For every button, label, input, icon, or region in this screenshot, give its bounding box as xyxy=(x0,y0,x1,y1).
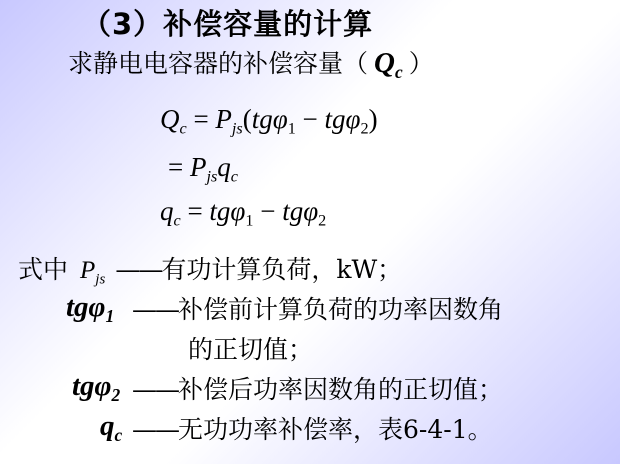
symbol-main: P xyxy=(190,152,207,182)
formula-qc-rate: qc = tgφ1 − tgφ2 xyxy=(160,196,326,227)
symbol-main: Q xyxy=(374,47,395,79)
definition-tg-phi2: ——补偿后功率因数角的正切值； xyxy=(132,370,503,406)
symbol-main: tgφ xyxy=(209,196,245,226)
tg-phi2-symbol: tgφ2 xyxy=(72,370,120,403)
formula-qc: Qc = Pjs(tgφ1 − tgφ2) xyxy=(160,104,378,135)
subtitle-close: ） xyxy=(409,49,434,78)
definition-text: 有功计算负荷，kW； xyxy=(161,255,402,284)
slide-subtitle: 求静电电容器的补偿容量（Qc） xyxy=(68,44,434,80)
symbol-sub: c xyxy=(395,62,403,82)
qc-rate-symbol: qc xyxy=(100,410,122,443)
symbol-main: q xyxy=(100,410,115,442)
symbol-main: tgφ xyxy=(282,196,318,226)
qc-symbol: Qc xyxy=(374,47,403,79)
formula-pjs-qc: = Pjsqc xyxy=(160,152,238,183)
symbol-sub: js xyxy=(95,271,105,287)
equals-sign: = xyxy=(187,104,216,134)
symbol-main: P xyxy=(215,104,232,134)
definition-text: 无功功率补偿率，表6-4-1。 xyxy=(178,415,493,444)
symbol-sub: 2 xyxy=(360,120,368,138)
definition-text: 补偿后功率因数角的正切值； xyxy=(178,375,503,404)
symbol-sub: 2 xyxy=(318,212,326,230)
symbol-sub: c xyxy=(180,120,187,138)
paren-open: ( xyxy=(243,104,252,134)
minus-sign: − xyxy=(296,104,325,134)
symbol-main: q xyxy=(217,152,231,182)
slide-heading: （3）补偿容量的计算 xyxy=(82,2,373,43)
symbol-sub: 2 xyxy=(112,385,121,405)
definition-qc-rate: ——无功功率补偿率，表6-4-1。 xyxy=(132,410,493,446)
symbol-sub: c xyxy=(231,168,238,186)
symbol-main: tgφ xyxy=(252,104,288,134)
em-dash: —— xyxy=(132,415,178,444)
symbol-main: Q xyxy=(160,104,180,134)
em-dash: —— xyxy=(115,255,161,284)
subtitle-text: 求静电电容器的补偿容量（ xyxy=(68,49,368,78)
equals-sign: = xyxy=(168,152,190,182)
paren-close: ) xyxy=(369,104,378,134)
definition-pjs: 式中Pjs——有功计算负荷，kW； xyxy=(18,250,402,286)
tg-phi1-symbol: tgφ1 xyxy=(66,291,114,324)
symbol-sub: js xyxy=(206,168,217,186)
em-dash: —— xyxy=(132,375,178,404)
symbol-sub: c xyxy=(174,212,181,230)
symbol-sub: 1 xyxy=(106,306,115,326)
equals-sign: = xyxy=(181,196,210,226)
definition-prefix: 式中 xyxy=(18,255,68,284)
symbol-sub: c xyxy=(115,425,123,445)
symbol-main: P xyxy=(80,257,95,284)
definition-text: 补偿前计算负荷的功率因数角 xyxy=(178,295,503,324)
em-dash: —— xyxy=(132,295,178,324)
definition-tg-phi1: ——补偿前计算负荷的功率因数角 xyxy=(132,290,503,326)
symbol-main: q xyxy=(160,196,174,226)
symbol-sub: js xyxy=(232,120,243,138)
symbol-main: tgφ xyxy=(72,370,112,402)
symbol-main: tgφ xyxy=(325,104,361,134)
minus-sign: − xyxy=(253,196,282,226)
symbol-main: tgφ xyxy=(66,291,106,323)
pjs-symbol: Pjs xyxy=(80,257,105,284)
symbol-sub: 1 xyxy=(288,120,296,138)
definition-tg-phi1-cont: 的正切值； xyxy=(188,330,313,366)
